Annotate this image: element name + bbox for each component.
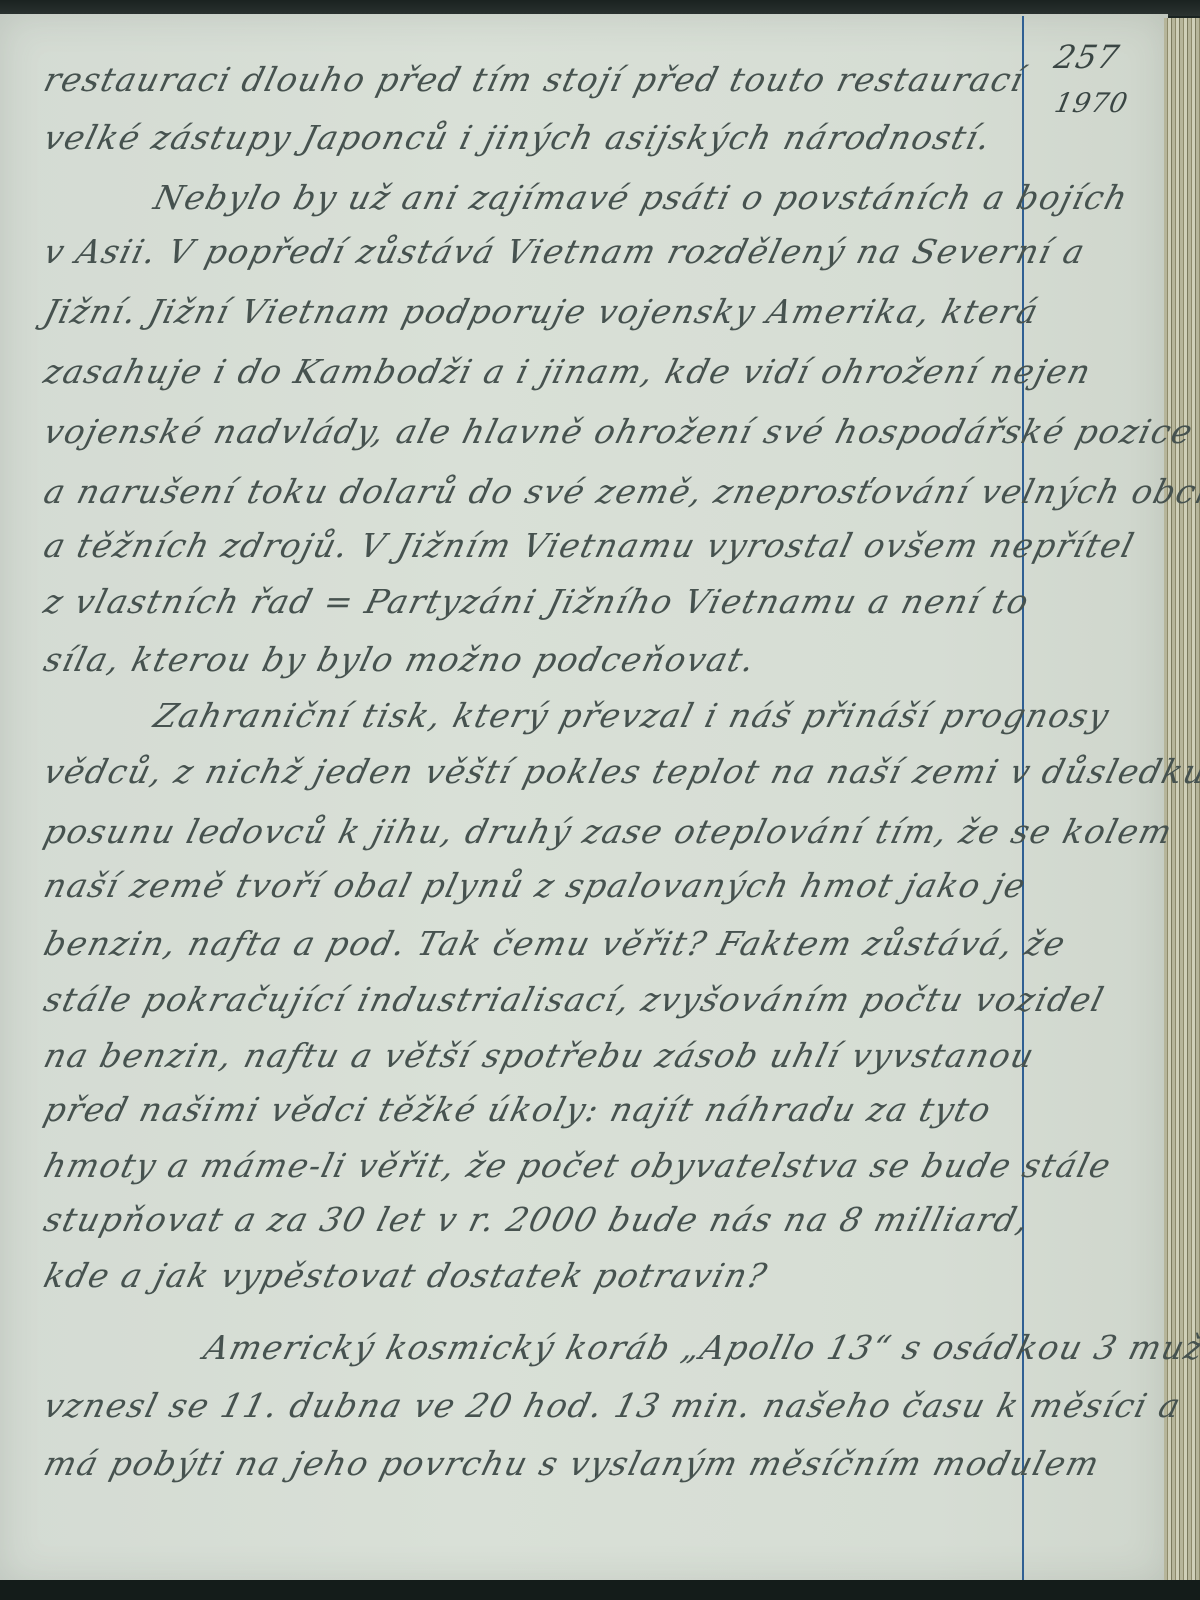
handwritten-line: v Asii. V popředí zůstává Vietnam rozděl… [40,232,1090,271]
handwritten-line: hmoty a máme-li věřit, že počet obyvatel… [40,1146,1116,1185]
handwritten-line: naší země tvoří obal plynů z spalovaných… [40,866,1031,905]
handwritten-line: síla, kterou by bylo možno podceňovat. [40,640,760,679]
page-number: 257 [1051,38,1179,76]
book-bottom-shadow [0,1580,1200,1600]
handwritten-line: kde a jak vypěstovat dostatek potravin? [40,1256,772,1295]
handwritten-line: Jižní. Jižní Vietnam podporuje vojensky … [40,292,1043,331]
handwritten-line: z vlastních řad = Partyzáni Jižního Viet… [40,582,1034,621]
handwritten-line: a těžních zdrojů. V Jižním Vietnamu vyro… [40,526,1139,565]
scanned-page: 257 1970 restauraci dlouho před tím stoj… [0,0,1200,1600]
handwritten-line: Zahraniční tisk, který převzal i náš při… [40,696,1114,735]
handwritten-line: na benzin, naftu a větší spotřebu zásob … [40,1036,1039,1075]
handwritten-line: restauraci dlouho před tím stojí před to… [40,60,1028,99]
handwritten-line: benzin, nafta a pod. Tak čemu věřit? Fak… [40,924,1070,963]
handwritten-line: vojenské nadvlády, ale hlavně ohrožení s… [40,412,1198,451]
handwritten-line: zasahuje i do Kambodži a i jinam, kde vi… [40,352,1096,391]
handwritten-line: posunu ledovců k jihu, druhý zase oteplo… [40,812,1177,851]
handwritten-line: má pobýti na jeho povrchu s vyslaným měs… [40,1444,1104,1483]
handwritten-line: vědců, z nichž jeden věští pokles teplot… [40,752,1200,791]
handwritten-line: stále pokračující industrialisací, zvyšo… [40,980,1109,1019]
handwritten-line: před našimi vědci těžké úkoly: najít náh… [40,1090,996,1129]
handwritten-line: vznesl se 11. dubna ve 20 hod. 13 min. n… [40,1386,1186,1425]
handwritten-line: velké zástupy Japonců i jiných asijských… [40,118,996,157]
handwritten-line: stupňovat a za 30 let v r. 2000 bude nás… [40,1200,1034,1239]
handwritten-line: a narušení toku dolarů do své země, znep… [40,472,1200,511]
handwritten-line: Americký kosmický koráb „Apollo 13“ s os… [40,1328,1200,1367]
handwritten-line: Nebylo by už ani zajímavé psáti o povstá… [40,178,1133,217]
year-label: 1970 [1052,88,1179,119]
